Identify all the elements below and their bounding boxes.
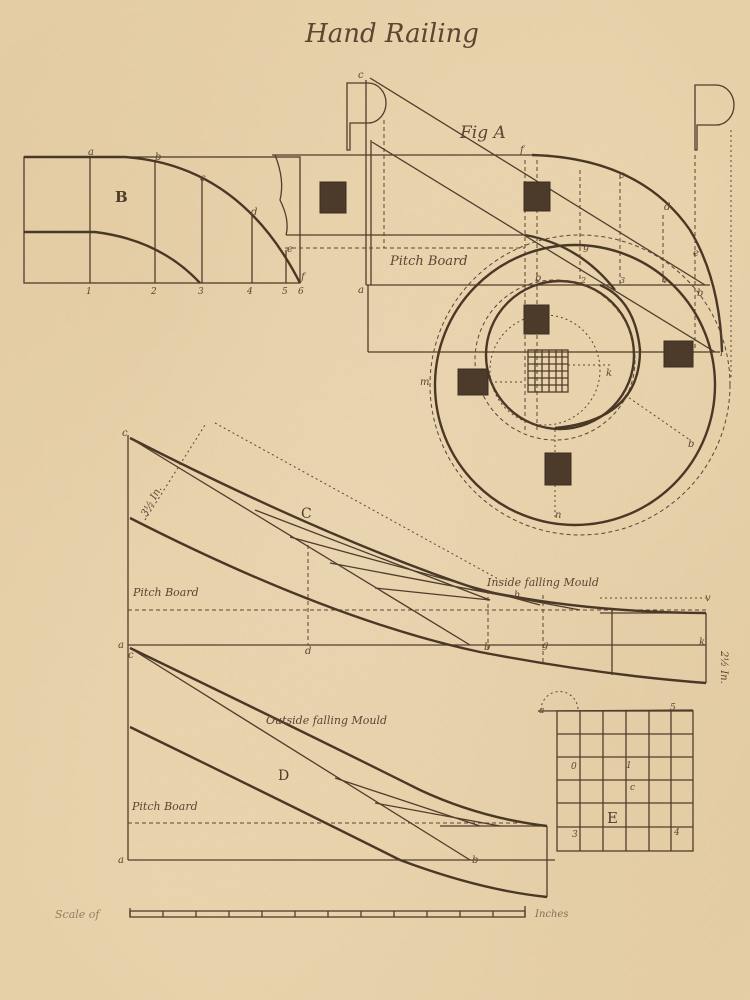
division-number: 2 <box>580 276 586 285</box>
point-label: 3 <box>572 830 578 840</box>
engraved-plate: Hand Railing B a b c d e f 1 2 3 4 5 6 <box>0 0 750 1000</box>
inside-falling-mould-label: Inside falling Mould <box>486 576 599 589</box>
figure-e-label: E <box>607 809 618 827</box>
division-number: 1 <box>86 287 92 297</box>
point-label: 5 <box>670 703 676 713</box>
figure-c-label: C <box>301 506 312 522</box>
right-dimension: 2½ In. <box>718 650 729 684</box>
point-label: b <box>688 439 694 450</box>
point-label: b <box>535 273 541 284</box>
point-label: c <box>128 650 134 661</box>
point-label: a <box>88 147 94 158</box>
point-label: k <box>699 637 705 648</box>
division-number: 2 <box>150 287 157 297</box>
point-label: n <box>555 510 561 521</box>
point-label: f <box>300 272 307 283</box>
division-number: 4 <box>246 287 253 297</box>
rail-profile-icon <box>695 85 734 150</box>
point-label: a <box>118 855 124 866</box>
point-label: d <box>664 202 670 213</box>
point-label: b <box>697 288 703 299</box>
point-label: b <box>155 152 161 163</box>
thickness-dimension: 3½ In. <box>139 484 164 518</box>
figure-b-label: B <box>115 188 128 206</box>
hand-railing-diagram: Hand Railing B a b c d e f 1 2 3 4 5 6 <box>0 0 750 1000</box>
point-label: d <box>305 646 311 657</box>
point-label: 1 <box>626 761 632 771</box>
figure-b: B a b c d e f 1 2 3 4 5 6 <box>24 147 307 297</box>
figure-c: C 3½ In. Inside falling Mould Pitch Boar… <box>118 423 729 860</box>
point-label: e <box>693 248 699 259</box>
point-label: c <box>200 173 206 184</box>
point-label: a <box>118 640 124 651</box>
point-label: h <box>514 590 520 601</box>
point-label: k <box>606 368 612 379</box>
point-label: g <box>583 242 589 253</box>
figure-d: D Outside falling Mould Pitch Board c a … <box>118 648 555 897</box>
point-label: b <box>472 855 478 866</box>
point-label: c <box>619 170 625 181</box>
scale-label: Scale of <box>55 908 101 921</box>
point-label: a <box>358 285 364 296</box>
point-label: c <box>358 70 364 81</box>
outside-falling-mould-label: Outside falling Mould <box>266 714 387 727</box>
scale-units: Inches <box>534 909 568 920</box>
point-label: 4 <box>673 828 680 838</box>
plate-title: Hand Railing <box>304 19 479 49</box>
figure-d-label: D <box>278 768 289 784</box>
division-number: 6 <box>298 287 304 297</box>
point-label: d <box>251 207 257 218</box>
point-label: a <box>539 706 544 716</box>
pitch-board-label-a: Pitch Board <box>389 254 468 269</box>
division-number: 3 <box>198 287 204 297</box>
figure-e: E a 5 0 1 c 3 4 <box>538 692 693 852</box>
pitch-board-label-d: Pitch Board <box>131 800 198 813</box>
point-label: e <box>287 244 293 255</box>
division-number: 5 <box>282 287 288 297</box>
point-label: c <box>630 783 635 793</box>
figure-a-label: Fig A <box>459 123 506 143</box>
point-label: g <box>542 640 548 651</box>
point-label: m <box>420 377 429 388</box>
division-number: 3 <box>620 276 625 285</box>
point-label: c <box>122 428 128 439</box>
scale-bar: Scale of Inches <box>55 906 568 921</box>
figure-a: Fig A Pitch Board c a b c d e f g k l m … <box>272 70 734 535</box>
point-label: b <box>484 642 490 653</box>
point-label: v <box>705 593 711 604</box>
newel-grid <box>528 350 568 392</box>
point-label: 0 <box>571 762 577 772</box>
pitch-board-label-c: Pitch Board <box>132 586 199 599</box>
division-number: 4 <box>661 276 667 285</box>
point-label: l <box>720 348 723 359</box>
